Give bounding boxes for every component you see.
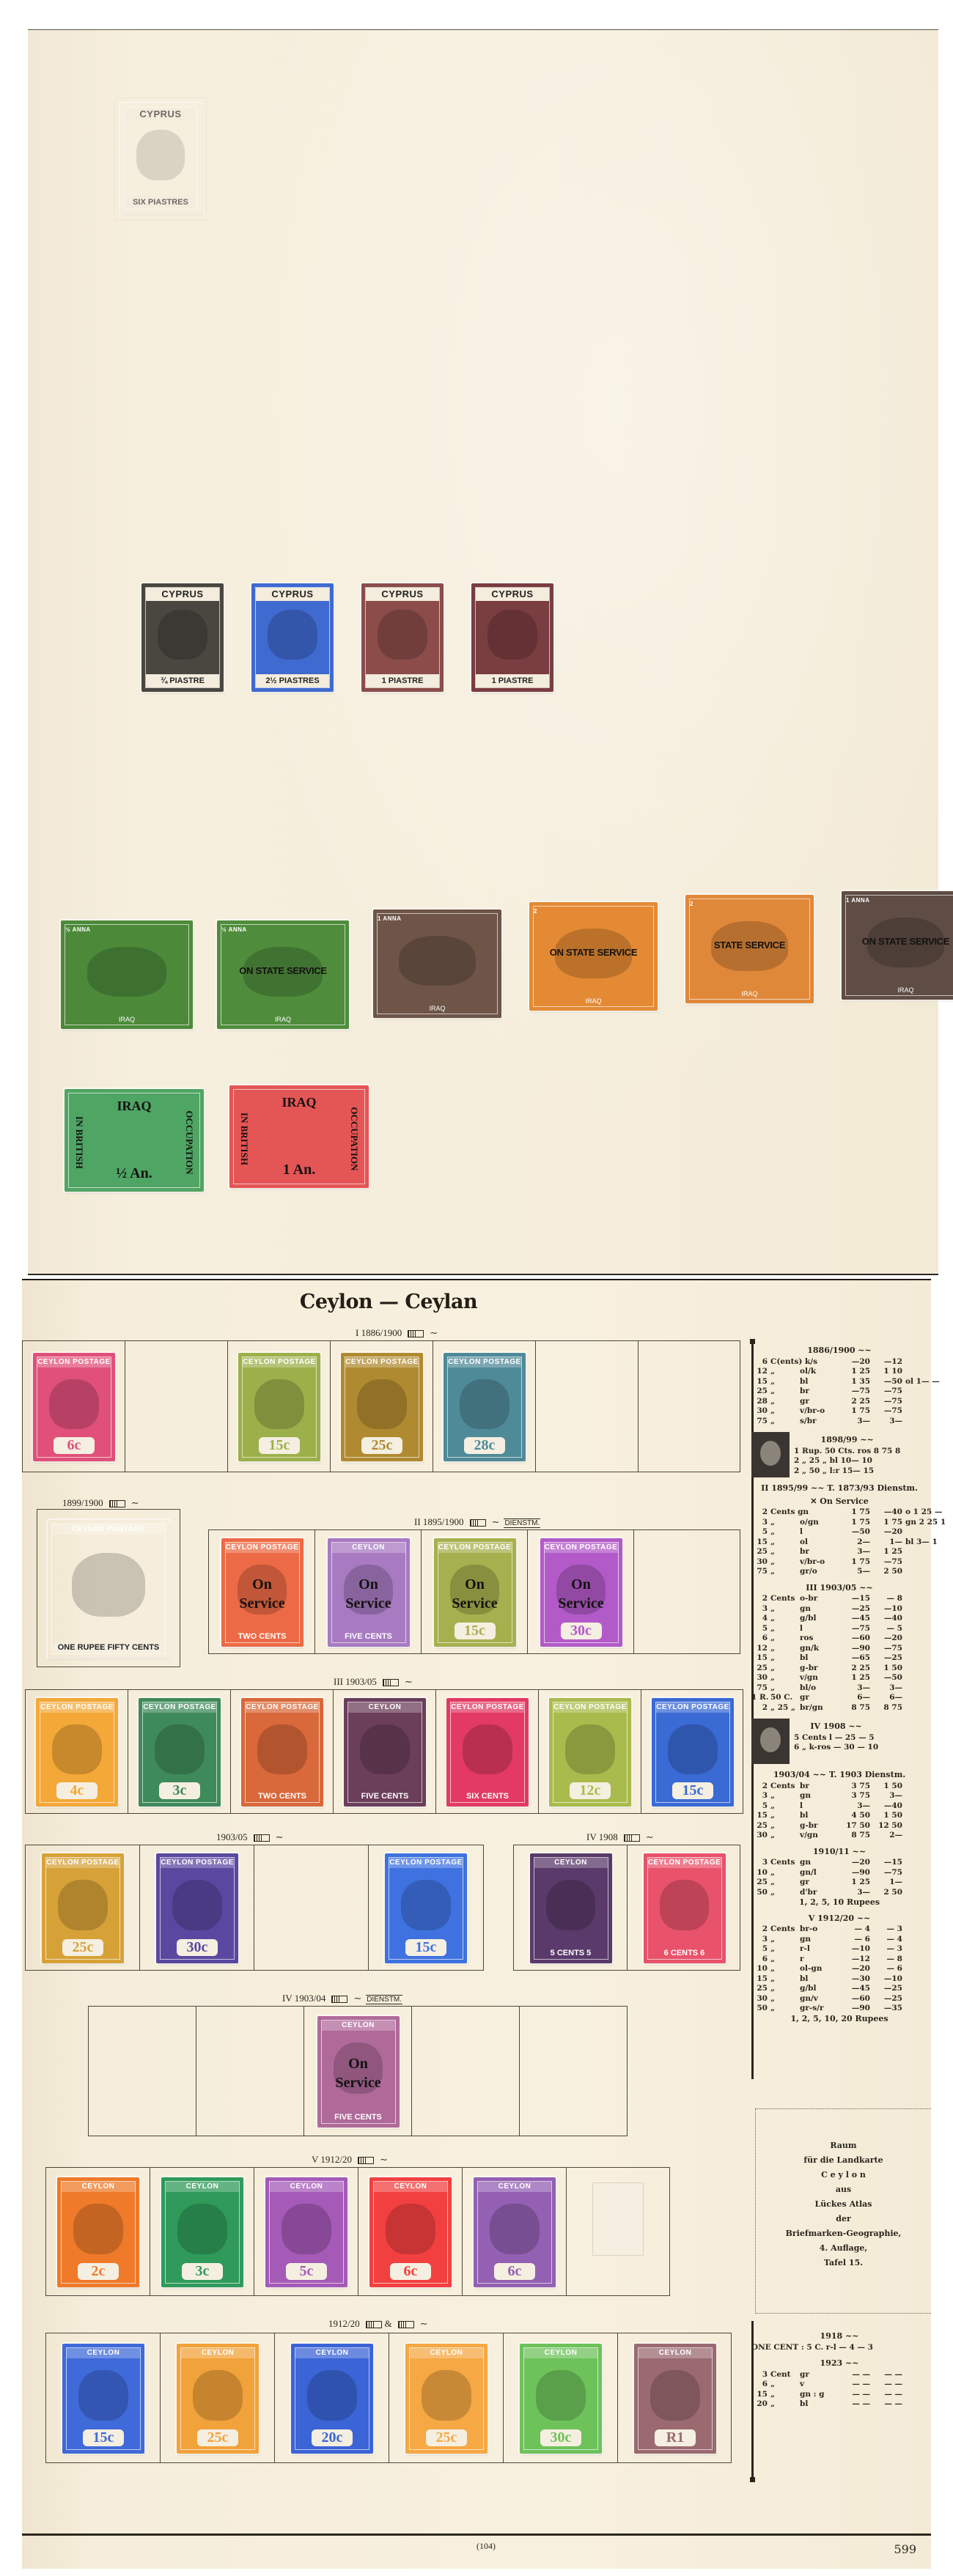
catalog-row: 12„gn/k—90—75 (751, 1644, 927, 1654)
perforation-wave-icon: ∼ (405, 1676, 413, 1687)
stamp-value: 1 PIASTRE (366, 674, 439, 687)
catalog-row: 15„gn : g— —— — (751, 2390, 927, 2400)
stamp-value: 6c (54, 1437, 95, 1454)
stamp-iraq[interactable]: ½ ANNAON STATE SERVICEIRAQ (217, 920, 349, 1029)
stamp-frame-row4b: CEYLON5 CENTS 5CEYLON POSTAGE6 CENTS 6 (513, 1845, 740, 1971)
catalog-row: 15„bl4 501 50 (751, 1811, 927, 1821)
catalog-row: 3„gn— 6— 4 (751, 1935, 927, 1945)
stamp-header: CEYLON (478, 2182, 551, 2192)
stamp-header: CEYLON POSTAGE (243, 1357, 316, 1368)
overprint-value: 1 An. (229, 1160, 369, 1179)
portrait-oval (460, 1379, 509, 1429)
stamp-country: IRAQ (846, 985, 953, 995)
stamp-value: 5 CENTS 5 (530, 1949, 612, 1957)
catalog-illustrated: IV 1908 ~~5 Cents l — 25 — 56 „ k-ros — … (751, 1719, 927, 1764)
stamp-value: 3c (159, 1782, 200, 1799)
catalog-heading: 1898/99 ~~ (794, 1435, 900, 1445)
stamp-value: FIVE CENTS (344, 1792, 426, 1801)
stamp-header: CEYLON POSTAGE (37, 1357, 111, 1368)
stamp-value: 3c (182, 2263, 223, 2280)
stamp-header: CEYLON (270, 2182, 343, 2192)
stamp[interactable]: CEYLON POSTAGESIX CENTS (446, 1698, 529, 1806)
catalog-heading: II 1895/99 ~~ T. 1873/93 Dienstm. (751, 1483, 927, 1494)
stamp-value: FIVE CENTS (328, 1632, 410, 1641)
stamp-slot (520, 2007, 628, 2136)
portrait-oval (52, 1724, 101, 1774)
catalog-row: 50„gr-s/r—90—35 (751, 2004, 927, 2014)
section-label-1908: IV 1908∼ (586, 1831, 654, 1843)
stamp-country: IRAQ (378, 1003, 497, 1014)
catalog-row: 30„gn/v—60—25 (751, 1994, 927, 2004)
watermark-icon (470, 1519, 486, 1527)
catalog-row: 5„l—50—20 (751, 1527, 927, 1538)
section-label-1886: I 1886/1900∼ (356, 1327, 438, 1339)
portrait-oval (254, 1379, 303, 1429)
stamp-value-corner: 1 ANNA (378, 914, 497, 924)
stamp-slot (536, 1341, 639, 1472)
stamp-country: CYPRUS (366, 588, 439, 601)
overprint-text: OnService (540, 1575, 622, 1613)
stamp-value-corner: 2 (534, 907, 653, 917)
stamp-iraq[interactable]: 1 ANNAON STATE SERVICEIRAQ (842, 891, 953, 1000)
map-placeholder-line: der (756, 2212, 931, 2226)
stamp-header: CEYLON (639, 2348, 712, 2358)
catalog-row: 6 „ k-ros — 30 — 10 (794, 1743, 878, 1753)
stamp-header: CEYLON POSTAGE (40, 1702, 114, 1713)
stamp[interactable]: CEYLON POSTAGEOnServiceTWO CENTS (221, 1538, 303, 1647)
overprint-text: OnService (434, 1575, 516, 1613)
portrait-oval (360, 1724, 409, 1774)
stamp-country: IRAQ (65, 1014, 188, 1025)
stamp[interactable]: CEYLON POSTAGE28c (444, 1353, 526, 1461)
stamp-header: CEYLON POSTAGE (143, 1702, 216, 1713)
stamp[interactable]: CEYLON POSTAGE6c (33, 1353, 115, 1461)
stamp-header: CEYLON POSTAGE (52, 1524, 165, 1535)
portrait-oval (650, 2370, 699, 2421)
perforation-wave-icon: ∼ (380, 2154, 388, 2165)
catalog-row: 25„br—75—75 (751, 1387, 927, 1397)
catalog-row: 30„v/gn8 752— (751, 1831, 927, 1841)
map-placeholder: Raumfür die LandkarteC e y l o nausLücke… (755, 2108, 931, 2314)
stamp-frame-row3: CEYLON POSTAGE4cCEYLON POSTAGE3cCEYLON P… (25, 1689, 743, 1814)
stamp-value: 15c (405, 1939, 446, 1956)
stamp-value: 6 CENTS 6 (644, 1949, 726, 1957)
overprint-text: OnService (221, 1575, 303, 1613)
catalog-note: 1, 2, 5, 10 Rupees (751, 1897, 927, 1908)
catalog-row: 15„bl1 35—50ol 1— — (751, 1377, 927, 1387)
portrait-oval (72, 1553, 145, 1616)
catalog-block: 1923 ~~3Centgr— —— —6„v— —— —15„gn : g— … (751, 2358, 927, 2410)
stamp-value: 15c (672, 1782, 713, 1799)
stamp-slot (89, 2007, 196, 2136)
stamp-value: 12c (570, 1782, 611, 1799)
catalog-heading: 1903/04 ~~ T. 1903 Dienstm. (751, 1770, 927, 1780)
stamp-value: 1 PIASTRE (476, 674, 549, 687)
catalog-row: 15„bl—65—25 (751, 1653, 927, 1664)
overprint-text: ON STATE SERVICE (217, 962, 349, 981)
stamp-iraq[interactable]: 1 ANNAIRAQ (373, 909, 501, 1018)
stamp[interactable]: CEYLON POSTAGE30c (156, 1853, 238, 1963)
map-placeholder-line: C e y l o n (756, 2168, 931, 2182)
catalog-row: 30„v/br-o1 75—75 (751, 1557, 927, 1568)
map-placeholder-line: Briefmarken-Geographie, (756, 2226, 931, 2241)
catalog-subheading: ✕ On Service (751, 1496, 927, 1507)
stamp-slot (125, 1341, 228, 1472)
perforation-wave-icon: ∼ (420, 2318, 428, 2329)
stamp[interactable]: CEYLON POSTAGE6 CENTS 6 (644, 1853, 726, 1963)
catalog-row: 1 Rup. 50 Cts. ros 8 75 8 (794, 1447, 900, 1457)
dienst-label: DIENSTM. (504, 1518, 540, 1528)
catalog-heading: III 1903/05 ~~ (751, 1583, 927, 1593)
stamp-header: CEYLON (62, 2182, 135, 2192)
catalog-row: 28„gr2 25—75 (751, 1397, 927, 1407)
stamp[interactable]: CEYLON POSTAGE12c (549, 1698, 631, 1806)
overprint-text: ON STATE SERVICE (529, 943, 658, 962)
catalog-row: 75„gr/o5—2 50 (751, 1567, 927, 1577)
stamp-header: CEYLON (410, 2348, 483, 2358)
stamp-country: CYPRUS (146, 588, 219, 601)
portrait-oval (422, 2370, 471, 2421)
catalog-row: 6C(ents) k/s—20—12 (751, 1357, 927, 1368)
portrait-oval (158, 610, 207, 660)
catalog-row: 2 „ 25 „ bl 10— 10 (794, 1456, 900, 1466)
portrait-oval (536, 2370, 585, 2421)
stamp-value: 15c (259, 1437, 300, 1454)
stamp-frame-row6: CEYLON2cCEYLON3cCEYLON5cCEYLON6cCEYLON6c (45, 2167, 670, 2296)
portrait-oval (177, 2204, 227, 2254)
overprint-value: ½ An. (65, 1164, 204, 1183)
catalog-row: 6„r—12— 8 (751, 1955, 927, 1965)
catalog-row: 5 Cents l — 25 — 5 (794, 1733, 878, 1743)
watermark-icon (383, 1679, 399, 1686)
stamp-header: CEYLON POSTAGE (656, 1702, 729, 1713)
catalog-heading: IV 1908 ~~ (794, 1721, 878, 1732)
stamp-value: 2½ PIASTRES (256, 674, 329, 687)
portrait-oval (490, 2204, 539, 2254)
stamp-iraq-occupation[interactable]: IRAQIN BRITISHOCCUPATION1 An. (229, 1085, 369, 1188)
catalog-heading: 1923 ~~ (751, 2358, 927, 2369)
section-label-1895: II 1895/1900∼DIENSTM. (414, 1516, 540, 1528)
catalog-block: 1903/04 ~~ T. 1903 Dienstm.2Centsbr3 751… (751, 1770, 927, 1841)
map-placeholder-line: für die Landkarte (756, 2153, 931, 2168)
catalog-row: 3Centsgn—20—15 (751, 1858, 927, 1868)
stamp[interactable]: CEYLON15c (62, 2344, 144, 2454)
stamp-country: IRAQ (221, 1014, 345, 1025)
stamp-frame-row5: CEYLONOnServiceFIVE CENTS (88, 2006, 628, 2136)
stamp-value: 15c (455, 1623, 496, 1639)
stamp-country: IRAQ (690, 989, 809, 999)
stamp-header: CEYLON (524, 2348, 597, 2358)
stamp[interactable]: CEYLON6c (474, 2177, 556, 2287)
stamp-value: 4c (56, 1782, 97, 1799)
stamp-value: 30c (177, 1939, 218, 1956)
catalog-row: 25„g-br2 251 50 (751, 1664, 927, 1674)
catalog-row: 2Centso-br—15— 8 (751, 1594, 927, 1604)
stamp[interactable]: CEYLON5 CENTS 5 (530, 1853, 612, 1963)
catalog-heading: 1918 ~~ (751, 2331, 927, 2341)
catalog-row: 75„s/br3—3— (751, 1417, 927, 1427)
portrait-oval (58, 1880, 107, 1930)
stamp[interactable]: CEYLON POSTAGETWO CENTS (241, 1698, 323, 1806)
stamp-country: CYPRUS (256, 588, 329, 601)
stamp-header: CEYLON (348, 1702, 422, 1713)
stamp[interactable]: CEYLON POSTAGE3c (139, 1698, 221, 1806)
stamp-header: CEYLON (322, 2020, 395, 2031)
stamp-value: FIVE CENTS (317, 2113, 400, 2122)
stamp[interactable]: CEYLON POSTAGE15c (385, 1853, 467, 1963)
stamp-cyprus-george-v[interactable]: CYPRUS2½ PIASTRES (251, 583, 334, 692)
portrait-oval (378, 610, 427, 660)
portrait-oval (565, 1724, 614, 1774)
perforation-wave-icon: ∼ (646, 1831, 654, 1842)
stamp-header: CEYLON POSTAGE (389, 1858, 463, 1868)
stamp-header: CEYLON POSTAGE (545, 1543, 618, 1553)
perforation-wave-icon: ∼ (430, 1327, 438, 1338)
map-placeholder-line: 4. Auflage, (756, 2241, 931, 2256)
stamp-header: CEYLON POSTAGE (161, 1858, 234, 1868)
overprint-text: OnService (328, 1575, 410, 1613)
stamp-value: R1 (655, 2429, 696, 2446)
stamp-slot (634, 1530, 740, 1653)
catalog-row: 12„ol/k1 251 10 (751, 1367, 927, 1377)
catalog-block: III 1903/05 ~~2Centso-br—15— 83„gn—25—10… (751, 1583, 927, 1713)
catalog-note: 1, 2, 5, 10, 20 Rupees (751, 2014, 927, 2024)
catalog-block: V 1912/20 ~~2Centsbr-o— 4— 33„gn— 6— 45„… (751, 1913, 927, 2024)
dienst-label: DIENSTM. (366, 1995, 402, 2004)
portrait-oval (307, 2370, 356, 2421)
hinge-mount (114, 97, 207, 221)
catalog-row: 4„g/bl—45—40 (751, 1614, 927, 1624)
stamp-frame-row7: CEYLON15cCEYLON25cCEYLON20cCEYLON25cCEYL… (45, 2333, 732, 2463)
overprint-text: ON STATE SERVICE (842, 932, 953, 951)
stamp-header: CEYLON POSTAGE (46, 1858, 119, 1868)
catalog-row: 25„gr1 251— (751, 1878, 927, 1888)
stamp[interactable]: CEYLON25c (177, 2344, 259, 2454)
stamp-iraq[interactable]: 2STATE SERVICEIRAQ (685, 895, 814, 1003)
catalog-row: 2 „ 50 „ l:r 15— 15 (794, 1466, 900, 1477)
overprint-text: OnService (317, 2054, 400, 2092)
portrait-oval (660, 1880, 709, 1930)
page-title: Ceylon — Ceylan (22, 1291, 755, 1313)
stamp-value-corner: 2 (690, 899, 809, 909)
catalog-row: 3„gn—25—10 (751, 1604, 927, 1614)
stamp-value: 25c (197, 2429, 238, 2446)
stamp[interactable]: CEYLON POSTAGE25c (42, 1853, 124, 1963)
stamp[interactable]: CEYLON3c (161, 2177, 243, 2287)
portrait-oval (73, 2204, 122, 2254)
stamp[interactable]: CEYLON30c (520, 2344, 602, 2454)
stamp-frame-rupee: CEYLON POSTAGE ONE RUPEE FIFTY CENTS (37, 1509, 180, 1667)
catalog-block: 1886/1900 ~~6C(ents) k/s—20—1212„ol/k1 2… (751, 1346, 927, 1426)
stamp-cyprus-george-v[interactable]: CYPRUS1 PIASTRE (361, 583, 444, 692)
stamp-value-corner: ½ ANNA (65, 925, 188, 935)
stamp[interactable]: CEYLON6c (369, 2177, 452, 2287)
stamp[interactable]: CEYLONOnServiceFIVE CENTS (328, 1538, 410, 1647)
stamp[interactable]: CEYLON2c (57, 2177, 139, 2287)
stamp[interactable]: CEYLONR1 (634, 2344, 716, 2454)
stamp[interactable]: CEYLONFIVE CENTS (344, 1698, 426, 1806)
stamp-value: TWO CENTS (241, 1792, 323, 1801)
stamp-value: TWO CENTS (221, 1632, 303, 1641)
stamp-iraq-occupation[interactable]: IRAQIN BRITISHOCCUPATION½ An. (65, 1089, 204, 1192)
portrait-oval (268, 610, 317, 660)
catalog-row: 15„ol2—1—bl 3— 1 (751, 1538, 927, 1548)
perforation-wave-icon: ∼ (353, 1993, 361, 2004)
perforation-wave-icon: ∼ (131, 1497, 139, 1508)
map-placeholder-line: aus (756, 2182, 931, 2197)
stamp-frame-row1: CEYLON POSTAGE6cCEYLON POSTAGE15cCEYLON … (22, 1340, 740, 1472)
portrait-oval (546, 1880, 595, 1930)
catalog-block: 1910/11 ~~3Centsgn—20—1510„gn/l—90—7525„… (751, 1847, 927, 1908)
catalog-row: 25„g/bl—45—25 (751, 1984, 927, 1994)
album-page-cyprus-iraq: CYPRUS SIX PIASTRES CYPRUS¾ PIASTRECYPRU… (28, 29, 938, 1275)
watermark-icon (331, 1996, 347, 2003)
portrait-oval (487, 610, 537, 660)
stamp-slot (412, 2007, 520, 2136)
catalog-row: 2„ 25 „br/gn8 758 75 (751, 1703, 927, 1713)
stamp-value: 20c (312, 2429, 353, 2446)
stamp-vignette (87, 947, 166, 997)
catalog-block: II 1895/99 ~~ T. 1873/93 Dienstm.✕ On Se… (751, 1483, 927, 1577)
stamp-header: CEYLON (374, 2182, 447, 2192)
watermark-icon (398, 2321, 414, 2328)
catalog-illustrated: 1898/99 ~~1 Rup. 50 Cts. ros 8 75 82 „ 2… (751, 1432, 927, 1477)
catalog-block: 1898/99 ~~1 Rup. 50 Cts. ros 8 75 82 „ 2… (751, 1432, 927, 1477)
stamp-slot (254, 1845, 369, 1970)
stamp-iraq[interactable]: 2ON STATE SERVICEIRAQ (529, 902, 658, 1011)
catalog-row: 30„v/gn1 25—50 (751, 1673, 927, 1683)
portrait-oval (78, 2370, 128, 2421)
stamp[interactable]: CEYLON5c (265, 2177, 347, 2287)
catalog-row: 2Centsbr-o— 4— 3 (751, 1924, 927, 1935)
stamp-iraq[interactable]: ½ ANNAIRAQ (61, 920, 193, 1029)
album-page-ceylon: Ceylon — Ceylan I 1886/1900∼ CEYLON POST… (22, 1279, 931, 2569)
catalog-block: IV 1908 ~~5 Cents l — 25 — 56 „ k-ros — … (751, 1719, 927, 1764)
stamp-cyprus-george-v[interactable]: CYPRUS1 PIASTRE (471, 583, 553, 692)
stamp[interactable]: CEYLON POSTAGEOnService15c (434, 1538, 516, 1647)
watermark-icon (408, 1330, 424, 1337)
stamp-frame-row2: CEYLON POSTAGEOnServiceTWO CENTSCEYLONOn… (208, 1529, 740, 1654)
catalog-heading: 1910/11 ~~ (751, 1847, 927, 1857)
stamp-value: 6c (494, 2263, 535, 2280)
catalog-row: 25„br3—1 25 (751, 1547, 927, 1557)
map-placeholder-line: Raum (756, 2138, 931, 2153)
stamp[interactable]: CEYLON POSTAGE4c (36, 1698, 118, 1806)
portrait-oval (155, 1724, 204, 1774)
stamp-header: CEYLON POSTAGE (246, 1702, 319, 1713)
stamp[interactable]: CEYLON20c (291, 2344, 373, 2454)
stamp[interactable]: CEYLON POSTAGE15c (652, 1698, 734, 1806)
catalog-stamp-illustration (751, 1719, 790, 1764)
catalog-row: 6„ros—60—20 (751, 1634, 927, 1644)
map-placeholder-line: Tafel 15. (756, 2256, 931, 2270)
catalog-row: 3„o/gn1 751 75gn 2 25 1 (751, 1518, 927, 1528)
stamp-ceylon-one-rupee-fifty[interactable]: CEYLON POSTAGE ONE RUPEE FIFTY CENTS (48, 1520, 169, 1658)
stamp-vignette (399, 936, 476, 986)
stamp[interactable]: CEYLON POSTAGE25c (341, 1353, 423, 1461)
stamp-header: CEYLON POSTAGE (438, 1543, 512, 1553)
catalog-row: 25„g-br17 5012 50 (751, 1821, 927, 1831)
perforation-wave-icon: ∼ (276, 1831, 284, 1842)
overprint-text: STATE SERVICE (685, 936, 814, 955)
portrait-oval (386, 2204, 435, 2254)
watermark-icon (366, 2321, 382, 2328)
catalog-listing: 1886/1900 ~~6C(ents) k/s—20—1212„ol/k1 2… (751, 1343, 927, 2029)
catalog-row: 2Centsbr3 751 50 (751, 1782, 927, 1792)
page-rule (28, 1274, 938, 1275)
stamp[interactable]: CEYLON POSTAGEOnService30c (540, 1538, 622, 1647)
catalog-row: 3„gn3 753— (751, 1791, 927, 1801)
catalog-row: 5„l—75— 5 (751, 1624, 927, 1634)
stamp-value: 30c (540, 2429, 581, 2446)
catalog-row: 15„bl—30—10 (751, 1974, 927, 1985)
stamp[interactable]: CEYLON POSTAGE15c (238, 1353, 320, 1461)
page-rule (22, 2533, 931, 2536)
stamp-header: CEYLON POSTAGE (226, 1543, 299, 1553)
catalog-block: 1918 ~~ONE CENT : 5 C. r-l — 4 — 3 (751, 2331, 927, 2352)
catalog-row: 2Cents gn1 75—40o 1 25 — (751, 1507, 927, 1518)
catalog-row: 30„v/br-o1 75—75 (751, 1406, 927, 1417)
stamp-country: CYPRUS (476, 588, 549, 601)
stamp[interactable]: CEYLONOnServiceFIVE CENTS (317, 2016, 400, 2127)
stamp-value-corner: 1 ANNA (846, 896, 953, 906)
stamp-value: ONE RUPEE FIFTY CENTS (54, 1643, 163, 1652)
stamp-header: CEYLON (166, 2182, 239, 2192)
stamp-value: 6c (390, 2263, 431, 2280)
stamp-value-corner: ½ ANNA (221, 925, 345, 935)
map-placeholder-line: Lückes Atlas (756, 2197, 931, 2212)
watermark-icon (358, 2157, 374, 2164)
catalog-row: 75„bl/o3—3— (751, 1683, 927, 1694)
hinge-mount (592, 2182, 644, 2256)
section-label-1903-04: IV 1903/04∼DIENSTM. (282, 1993, 402, 2004)
stamp-slot (196, 2007, 304, 2136)
stamp-value: 25c (62, 1939, 103, 1956)
portrait-oval (282, 2204, 331, 2254)
catalog-row: 20„bl— —— — (751, 2399, 927, 2410)
portrait-oval (357, 1379, 406, 1429)
stamp-country: IRAQ (534, 996, 653, 1006)
catalog-row: ONE CENT : 5 C. r-l — 4 — 3 (751, 2343, 927, 2353)
portrait-oval (463, 1724, 512, 1774)
catalog-listing-lower: 1918 ~~ONE CENT : 5 C. r-l — 4 — 31923 ~… (751, 2328, 927, 2416)
catalog-row: 5„l3——40 (751, 1801, 927, 1812)
catalog-stamp-illustration (751, 1432, 790, 1477)
portrait-oval (49, 1379, 98, 1429)
page-number: 599 (894, 2542, 916, 2556)
stamp-header: CEYLON (67, 2348, 140, 2358)
perforation-wave-icon: ∼ (492, 1516, 500, 1527)
catalog-row: 5„r-l—10— 3 (751, 1944, 927, 1955)
stamp-value: 28c (464, 1437, 505, 1454)
stamp[interactable]: CEYLON25c (405, 2344, 487, 2454)
stamp-header: CEYLON POSTAGE (448, 1357, 521, 1368)
catalog-row: 50„d'br3—2 50 (751, 1888, 927, 1898)
stamp-value: 15c (83, 2429, 124, 2446)
stamp-frame-row4a: CEYLON POSTAGE25cCEYLON POSTAGE30cCEYLON… (25, 1845, 484, 1971)
stamp-cyprus-george-v[interactable]: CYPRUS¾ PIASTRE (141, 583, 224, 692)
catalog-heading: 1886/1900 ~~ (751, 1346, 927, 1356)
stamp-value: SIX CENTS (446, 1792, 529, 1801)
portrait-oval (668, 1724, 717, 1774)
stamp-value: 25c (426, 2429, 467, 2446)
catalog-row: 10„gn/l—90—75 (751, 1868, 927, 1878)
stamp-header: CEYLON (332, 1543, 405, 1553)
stamp-value: 2c (78, 2263, 119, 2280)
stamp-header: CEYLON POSTAGE (553, 1702, 627, 1713)
stamp-value: 5c (286, 2263, 327, 2280)
catalog-row: 1 R.50 C.gr6—6— (751, 1693, 927, 1703)
